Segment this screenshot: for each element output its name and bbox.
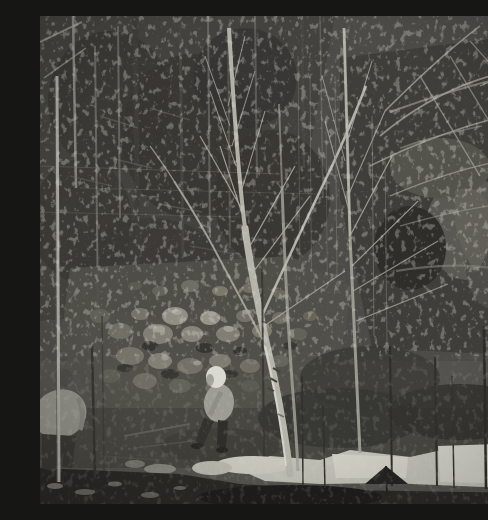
scene-root <box>40 16 488 504</box>
photograph <box>40 16 488 504</box>
photo-canvas <box>40 16 488 504</box>
vignette <box>40 16 488 504</box>
